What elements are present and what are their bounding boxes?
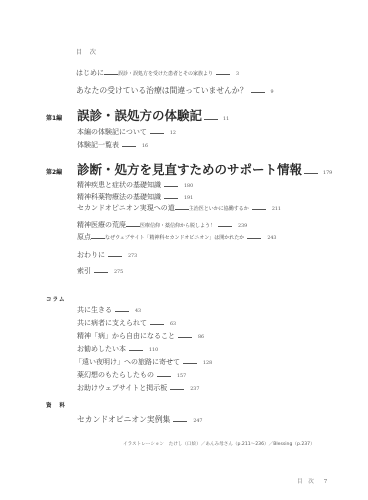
page-number: 180	[184, 184, 193, 189]
toc-entry[interactable]: 精神医療の荒廃 医療信仰・薬信仰から脱しよう！ 239	[77, 220, 247, 230]
entry-title: 精神疾患と症状の基礎知識	[77, 180, 161, 190]
column-entry[interactable]: 精神「病」から自由になること 86	[77, 331, 204, 341]
entry-title: セカンドオピニオン実現への道	[77, 203, 175, 213]
entry-title: 精神医療の荒廃	[77, 220, 126, 230]
leader-dash	[175, 209, 189, 210]
folio-page-number: 7	[324, 479, 330, 485]
column-entry[interactable]: 薬幻想のもたらしたもの 157	[77, 370, 186, 380]
leader-dash	[150, 324, 164, 325]
entry-title: はじめに	[76, 68, 104, 78]
entry-title: 体験記一覧表	[77, 140, 119, 150]
entry-title: セカンドオピニオン実例集	[77, 414, 170, 425]
toc-heading: 目 次	[76, 47, 99, 56]
leader-dash	[104, 74, 118, 75]
leader-dash	[170, 389, 184, 390]
leader-dash	[94, 272, 108, 273]
page-number: 12	[170, 131, 176, 136]
leader-dash	[150, 133, 164, 134]
column-entry[interactable]: 共に病者に支えられて 63	[77, 318, 176, 328]
page-number: 243	[267, 236, 276, 241]
leader-dash	[91, 238, 105, 239]
page-number: 191	[184, 196, 193, 201]
entry-title: 薬幻想のもたらしたもの	[77, 370, 154, 380]
page-number: 3	[236, 72, 239, 77]
page-number: 239	[238, 224, 247, 229]
entry-title: 精神「病」から自由になること	[77, 331, 175, 341]
page-number: 9	[271, 90, 274, 95]
toc-entry-afterword[interactable]: おわりに 273	[77, 250, 137, 260]
leader-dash	[173, 421, 187, 422]
page-number: 179	[323, 171, 332, 176]
leader-dash	[247, 238, 261, 239]
toc-entry-index[interactable]: 索引 275	[77, 266, 123, 276]
leader-dash	[216, 74, 230, 75]
folio-label: 目 次	[297, 479, 316, 485]
entry-title: 精神科薬物療法の基礎知識	[77, 192, 161, 202]
entry-title: お助けウェブサイトと掲示板	[77, 383, 167, 393]
toc-entry[interactable]: 体験記一覧表 16	[77, 140, 148, 150]
leader-dash	[108, 256, 122, 257]
part1-title[interactable]: 誤診・誤処方の体験記 11	[77, 106, 229, 124]
part1-label: 第1編	[46, 113, 62, 122]
toc-entry[interactable]: 本編の体験記について 12	[77, 127, 176, 137]
page-number: 110	[149, 348, 158, 353]
toc-entry[interactable]: 精神疾患と症状の基礎知識 180	[77, 180, 193, 190]
illustration-credit: イラストレーション たけし（口絵）／あんみ母さん（p.211～236）／Bles…	[123, 441, 315, 447]
leader-dash	[204, 119, 218, 120]
page-number: 86	[198, 335, 204, 340]
toc-entry-treatment[interactable]: あなたの受けている治療は間違っていませんか？ 9	[76, 85, 274, 96]
entry-subtitle: 主治医といかに協働するか	[189, 205, 249, 212]
entry-title: 「遠い夜明け」への旅路に寄せて	[75, 357, 180, 367]
leader-dash	[129, 350, 143, 351]
page-number: 11	[223, 117, 229, 122]
materials-label: 資 料	[46, 401, 68, 409]
leader-dash	[252, 209, 266, 210]
page-folio: 目 次7	[297, 477, 329, 485]
leader-dash	[178, 337, 192, 338]
page-number: 43	[135, 309, 141, 314]
page-number: 16	[142, 144, 148, 149]
leader-dash	[251, 92, 265, 93]
entry-title: 共に生きる	[77, 305, 112, 315]
columns-label: コラム	[46, 295, 65, 303]
entry-title: 共に病者に支えられて	[77, 318, 147, 328]
page-number: 128	[203, 361, 212, 366]
leader-dash	[218, 226, 232, 227]
page-number: 237	[190, 387, 199, 392]
leader-dash	[183, 363, 197, 364]
page-number: 273	[128, 254, 137, 259]
leader-dash	[164, 198, 178, 199]
page-number: 157	[177, 374, 186, 379]
toc-entry[interactable]: 原点 なぜウェブサイト「精神科セカンドオピニオン」は開かれたか 243	[77, 232, 276, 242]
entry-title: あなたの受けている治療は間違っていませんか？	[76, 85, 248, 96]
part2-label: 第2編	[46, 167, 62, 176]
leader-dash	[157, 376, 171, 377]
page-number: 247	[193, 419, 202, 424]
part-title-text: 診断・処方を見直すためのサポート情報	[77, 160, 302, 178]
page-number: 275	[114, 270, 123, 275]
entry-title: 索引	[77, 266, 91, 276]
entry-subtitle: 医療信仰・薬信仰から脱しよう！	[140, 222, 215, 229]
column-entry[interactable]: お勧めしたい本 110	[77, 344, 158, 354]
part2-title[interactable]: 診断・処方を見直すためのサポート情報 179	[77, 160, 332, 178]
page-number: 63	[170, 322, 176, 327]
materials-entry[interactable]: セカンドオピニオン実例集 247	[77, 414, 202, 425]
entry-title: おわりに	[77, 250, 105, 260]
entry-subtitle: なぜウェブサイト「精神科セカンドオピニオン」は開かれたか	[105, 234, 244, 241]
column-entry[interactable]: 共に生きる 43	[77, 305, 141, 315]
entry-title: 本編の体験記について	[77, 127, 147, 137]
toc-entry-intro[interactable]: はじめに 誤診・誤処方を受けた患者とその家族より 3	[76, 68, 239, 78]
leader-dash	[122, 146, 136, 147]
entry-title: 原点	[77, 232, 91, 242]
leader-dash	[304, 173, 318, 174]
column-entry[interactable]: 「遠い夜明け」への旅路に寄せて 128	[75, 357, 212, 367]
leader-dash	[115, 311, 129, 312]
toc-entry[interactable]: セカンドオピニオン実現への道 主治医といかに協働するか 211	[77, 203, 281, 213]
part-title-text: 誤診・誤処方の体験記	[77, 106, 202, 124]
leader-dash	[126, 226, 140, 227]
column-entry[interactable]: お助けウェブサイトと掲示板 237	[77, 383, 199, 393]
toc-entry[interactable]: 精神科薬物療法の基礎知識 191	[77, 192, 193, 202]
page-number: 211	[272, 207, 281, 212]
entry-title: お勧めしたい本	[77, 344, 126, 354]
leader-dash	[164, 186, 178, 187]
entry-subtitle: 誤診・誤処方を受けた患者とその家族より	[118, 70, 213, 77]
